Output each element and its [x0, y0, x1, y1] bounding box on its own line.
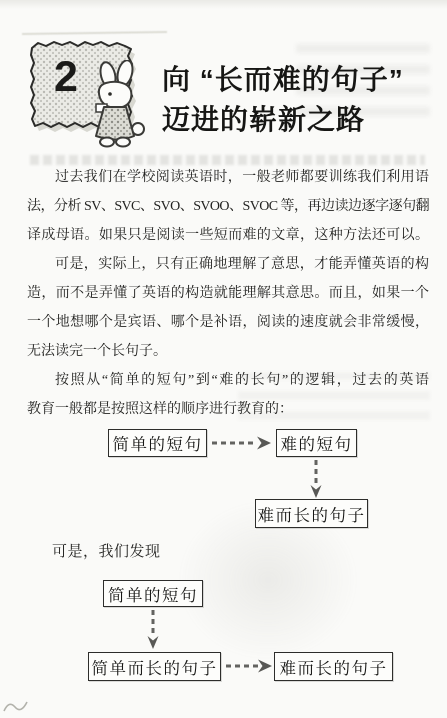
- chapter-title: 向 “长而难的句子” 迈进的崭新之路: [162, 60, 437, 140]
- body-text: 过去我们在学校阅读英语时，一般老师都要训练我们利用语 法，分析 SV、SVC、S…: [27, 163, 429, 424]
- rabbit-illustration: [80, 60, 154, 152]
- paragraph: 过去我们在学校阅读英语时，一般老师都要训练我们利用语 法，分析 SV、SVC、S…: [27, 163, 429, 250]
- node-simple-short-sentence: 简单的短句: [103, 580, 203, 607]
- pencil-mark: [2, 697, 32, 715]
- node-hard-long-sentence: 难而长的句子: [274, 652, 393, 681]
- dashed-arrow-right-icon: [224, 657, 274, 675]
- dashed-arrow-right-icon: [210, 434, 274, 452]
- text-line: 一个地想哪个是宾语、哪个是补语，阅读的速度就会非常缓慢，: [27, 308, 429, 337]
- node-simple-long-sentence: 简单而长的句子: [88, 652, 221, 681]
- text-line: 造，而不是弄懂了英语的构造就能理解其意思。而且，如果一个: [27, 279, 429, 308]
- dashed-arrow-down-icon: [308, 458, 324, 499]
- book-page: { "page": { "chapter": { "number": "2", …: [0, 0, 447, 718]
- node-hard-long-sentence: 难而长的句子: [255, 499, 368, 528]
- scan-edge-shadow: [0, 0, 447, 9]
- text-line: 可是，实际上，只有正确地理解了意思，才能弄懂英语的构: [27, 250, 429, 279]
- node-hard-short-sentence: 难的短句: [276, 429, 357, 457]
- dashed-arrow-down-icon: [145, 608, 161, 650]
- paragraph: 可是，实际上，只有正确地理解了意思，才能弄懂英语的构 造，而不是弄懂了英语的构造…: [27, 250, 429, 366]
- text-line: 无法读完一个长句子。: [27, 337, 429, 366]
- paragraph: 按照从“简单的短句”到“难的长句”的逻辑，过去的英语 教育一般都是按照这样的顺序…: [27, 366, 429, 424]
- scan-squiggle-line: [22, 31, 167, 35]
- chapter-title-line: 向 “长而难的句子”: [162, 60, 437, 100]
- text-line: 教育一般都是按照这样的顺序进行教育的：: [27, 395, 429, 424]
- interjection-text: 可是，我们发现: [52, 540, 161, 561]
- text-line: 译成母语。如果只是阅读一些短而难的文章，这种方法还可以。: [27, 221, 429, 250]
- text-line: 法，分析 SV、SVC、SVO、SVOO、SVOC 等，再边读边逐字逐句翻: [27, 192, 429, 221]
- text-line: 按照从“简单的短句”到“难的长句”的逻辑，过去的英语: [27, 366, 429, 395]
- text-line: 过去我们在学校阅读英语时，一般老师都要训练我们利用语: [27, 163, 429, 192]
- chapter-title-line: 迈进的崭新之路: [162, 100, 437, 140]
- node-simple-short-sentence: 简单的短句: [108, 429, 207, 457]
